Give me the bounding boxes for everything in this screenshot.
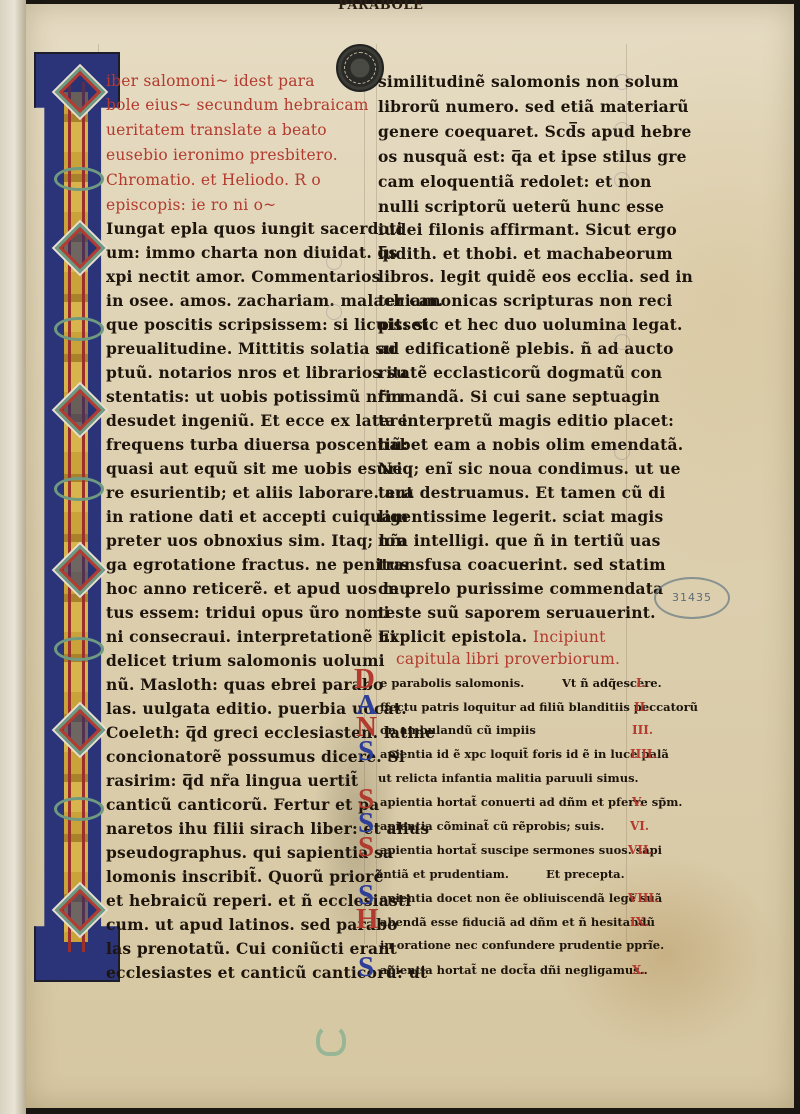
chapter-item: in oratione nec confundere prudentie ppr… <box>380 938 664 952</box>
text-line: ta interpretũ magis editio placet: <box>378 411 674 430</box>
text-line: libros. legit quidẽ eos ecclia. sed in <box>378 267 693 286</box>
loop-knot-icon <box>54 477 104 501</box>
rubric-line: Chromatio. et Heliodo. R o <box>106 171 321 190</box>
chapter-item: apientia id ẽ xpc loquit̃ foris id ẽ i… <box>380 747 669 761</box>
text-line: firmandã. Si cui sane septuagin <box>378 387 660 406</box>
text-line: pit: sic et hec duo uolumina legat. <box>378 315 683 334</box>
interlace-strand <box>68 82 71 952</box>
chapter-numeral: IIII. <box>630 747 657 761</box>
chapter-numeral: VI. <box>630 819 649 833</box>
text-line: ptuũ. notarios nros et librarios su <box>106 363 407 382</box>
chapter-initial: H <box>356 904 379 934</box>
text-line: um: immo charta non diuidat. q̅s <box>106 243 397 262</box>
text-line: las prenotatũ. Cui coniũcti erant <box>106 939 397 958</box>
chapter-item: ut relicta infantia malitia paruuli simu… <box>378 771 639 785</box>
chapter-aside: Et precepta. <box>546 867 625 881</box>
text-line: teste suũ saporem seruauerint. <box>378 603 656 622</box>
text-line: cam eloquentiã redolet: et non <box>378 172 652 191</box>
chapter-numeral: I. <box>636 676 646 690</box>
text-line: hoc anno reticerẽ. et apud uos mu <box>106 579 411 598</box>
text-line: genere coequaret. Scd̅s apud hebre <box>378 122 692 141</box>
guide-letter-mark <box>614 334 630 350</box>
text-line: tus essem: tridui opus ũro nomi <box>106 603 390 622</box>
text-line: nulli scriptorũ ueterũ hunc esse <box>378 197 664 216</box>
loop-knot-icon <box>54 317 104 341</box>
guide-letter-mark <box>326 254 342 270</box>
rubric-line: episcopis: ie ro ni o~ <box>106 196 276 215</box>
rubric-line: iber salomoni~ idest para <box>106 72 315 91</box>
text-line: similitudinẽ salomonis non solum <box>378 72 679 91</box>
chapter-item: entiã et prudentiam. <box>376 867 509 881</box>
guide-letter-mark <box>326 304 342 320</box>
chapter-numeral: IX. <box>630 915 649 929</box>
text-line: delicet trium salomonis uolumi <box>106 651 385 670</box>
text-line: Iungat epla quos iungit sacerdoti <box>106 219 403 238</box>
chapter-item: abendã esse fiduciã ad dñm et ñ hesi… <box>380 915 655 929</box>
text-line: Neq; enĩ sic noua condimus. ut ue <box>378 459 681 478</box>
chapter-initial: S <box>358 952 374 982</box>
chapter-item: e parabolis salomonis. <box>380 676 524 690</box>
text-line: ni consecraui. interpretationẽ ui <box>106 627 396 646</box>
text-line: de prelo purissime commendata <box>378 579 663 598</box>
text-line: xpi nectit amor. Commentarios <box>106 267 381 286</box>
loop-knot-icon <box>54 797 104 821</box>
chapter-item: apientia hortat̃ suscipe sermones suos. … <box>380 843 662 857</box>
text-line: re esurientib; et aliis laborare. aut <box>106 483 414 502</box>
guide-letter-mark <box>614 122 630 138</box>
text-line: ga egrotatione fractus. ne penitus <box>106 555 409 574</box>
guide-letter-mark <box>614 172 630 188</box>
chapter-item: on ambulandũ cũ impiis <box>380 723 536 737</box>
running-head: PARABOLE <box>338 0 423 13</box>
text-line: lomonis inscribit̃. Quorũ priorẽ <box>106 867 384 886</box>
chapter-numeral: VII. <box>628 843 653 857</box>
manuscript-folio: PARABOLE iber salomoni~ idest para bole … <box>26 4 794 1108</box>
rubric-line: bole eius~ secundum hebraicam <box>106 96 369 115</box>
explicit-text: Explicit epistola. <box>378 627 527 646</box>
text-line: preualitudine. Mittitis solatia su <box>106 339 396 358</box>
text-line: nr̃a intelligi. que ñ in tertiũ uas <box>378 531 661 550</box>
library-seal-icon <box>336 44 384 92</box>
text-line: habet eam a nobis olim emendatã. <box>378 435 683 454</box>
chapter-item: apientia docet non ẽe obliuiscendã leg… <box>380 891 662 905</box>
chapter-item: apientia cõminat̃ cũ rẽprobis; suis. <box>380 819 604 833</box>
chapter-initial: S <box>358 832 374 862</box>
incipit-rubric: Incipiunt <box>533 628 606 646</box>
library-stamp: 31435 <box>654 577 730 619</box>
rubric-line: ueritatem translate a beato <box>106 121 327 140</box>
chapter-numeral: X. <box>632 963 646 977</box>
text-line: frequens turba diuersa poscentiũ: <box>106 435 408 454</box>
text-line: ligentissime legerit. sciat magis <box>378 507 663 526</box>
interlace-strand <box>82 82 85 952</box>
text-line: pseudographus. qui sapientia sa <box>106 843 393 862</box>
chapter-numeral: II. <box>634 700 649 714</box>
text-line: ter canonicas scripturas non reci <box>378 291 672 310</box>
text-line: ritatẽ ecclasticorũ dogmatũ con <box>378 363 662 382</box>
chapter-initial: S <box>358 736 374 766</box>
explicit-line: Explicit epistola. Incipiunt <box>378 627 606 647</box>
text-line: desudet ingeniũ. Et ecce ex latere <box>106 411 408 430</box>
guide-letter-mark <box>614 444 630 460</box>
text-line: in ratione dati et accepti cuiquam <box>106 507 408 526</box>
green-ink-mark <box>316 1024 346 1056</box>
text-line: os nusquã est: q̅a et ipse stilus gre <box>378 147 687 166</box>
chapter-numeral: VIII. <box>628 891 658 905</box>
text-line: transfusa coacuerint. sed statim <box>378 555 666 574</box>
text-line: nũ. Masloth: quas ebrei parabo <box>106 675 384 694</box>
text-line: cum. ut apud latinos. sed parabo <box>106 915 398 934</box>
chapter-item: apientia hortat̃ ne doct̃a dñi negligam… <box>380 963 648 977</box>
chapter-numeral: III. <box>632 723 653 737</box>
text-line: librorũ numero. sed etiã materiarũ <box>378 97 689 116</box>
loop-knot-icon <box>54 637 104 661</box>
text-line: stentatis: ut uobis potissimũ nr̃m <box>106 387 402 406</box>
rubric-line: eusebio ieronimo presbitero. <box>106 146 338 165</box>
chapter-aside: Vt ñ adq̃escere. <box>562 676 662 690</box>
guide-letter-mark <box>614 74 630 90</box>
text-line: iudith. et thobi. et machabeorum <box>378 244 673 263</box>
chapter-item: ffectu patris loquitur ad filiũ blandit… <box>380 700 698 714</box>
incipit-rubric: capitula libri proverbiorum. <box>396 650 620 669</box>
text-line: iudei filonis affirmant. Sicut ergo <box>378 220 677 239</box>
binding-gutter <box>0 0 26 1114</box>
text-line: tera destruamus. Et tamen cũ di <box>378 483 665 502</box>
text-line: preter uos obnoxius sim. Itaq; lon <box>106 531 407 550</box>
text-line: rasirim: q̅d nr̃a lingua uertit̃ <box>106 771 358 790</box>
chapter-numeral: V. <box>632 795 643 809</box>
text-line: quasi aut equũ sit me uobis esuri <box>106 459 402 478</box>
loop-knot-icon <box>54 167 104 191</box>
text-line: canticũ canticorũ. Fertur et pa <box>106 795 379 814</box>
